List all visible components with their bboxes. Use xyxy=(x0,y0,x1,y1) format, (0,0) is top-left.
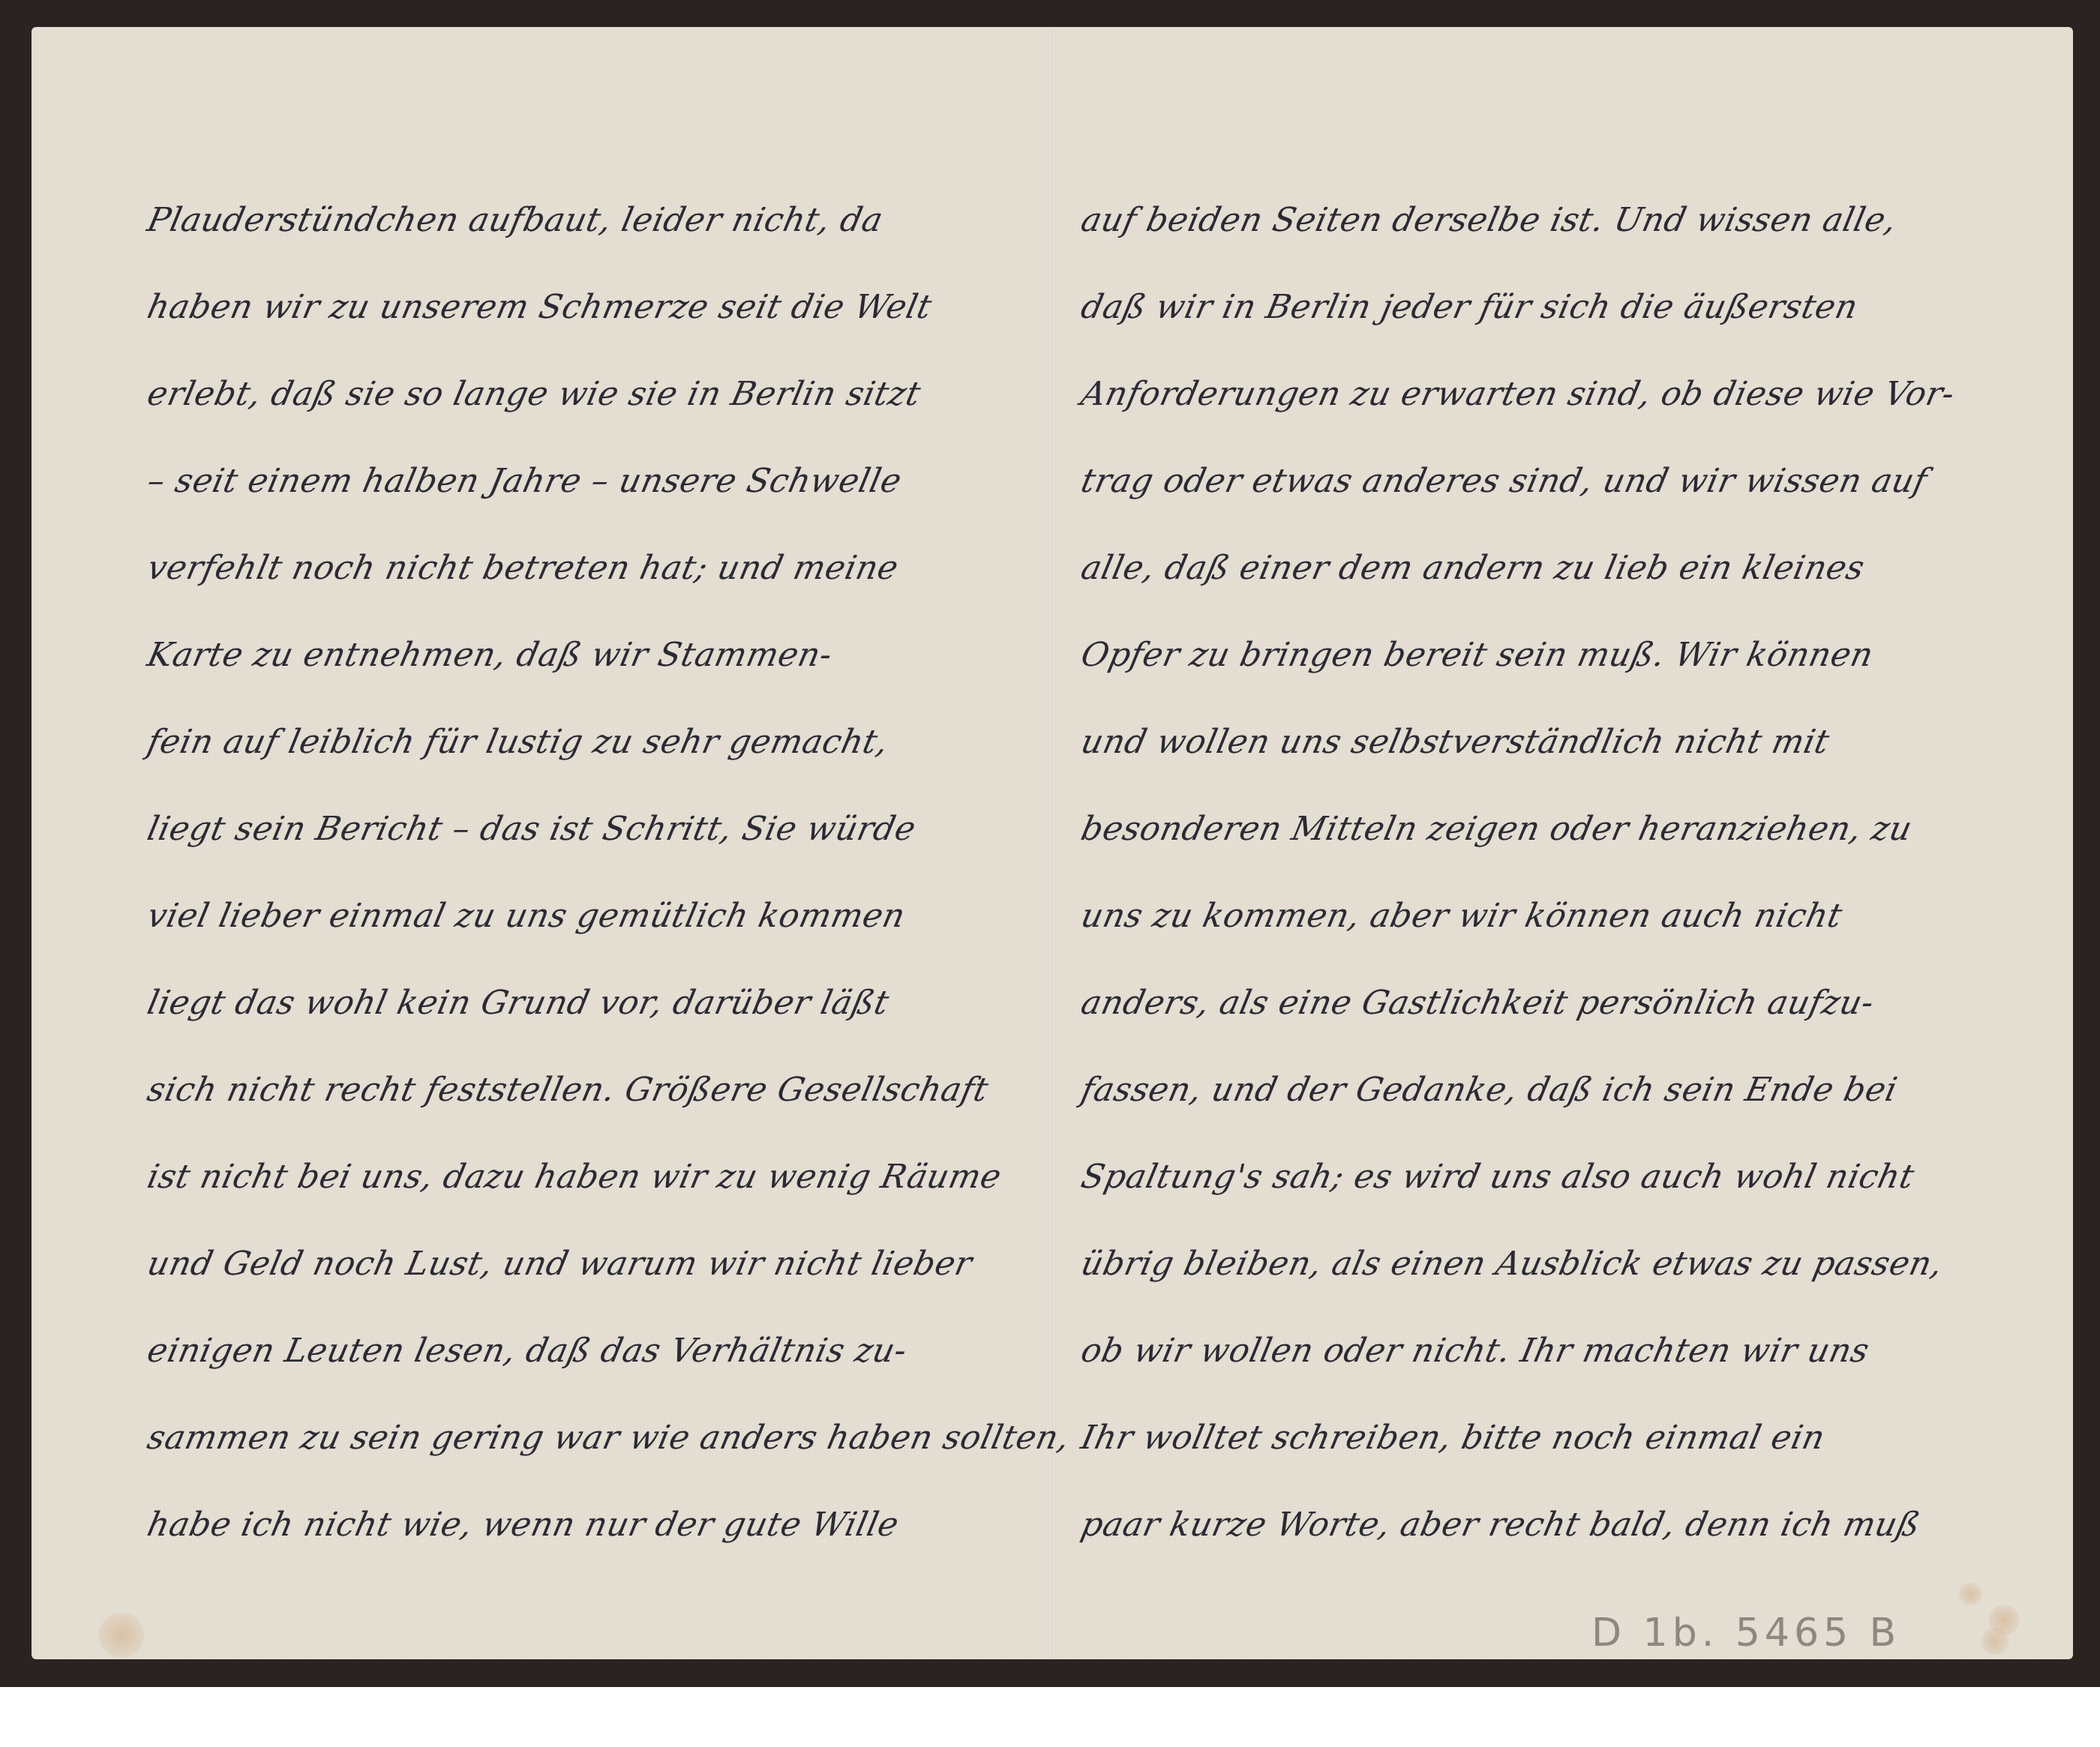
handwritten-line: besonderen Mitteln zeigen oder heranzieh… xyxy=(1078,810,1915,848)
handwritten-line: – seit einem halben Jahre – unsere Schwe… xyxy=(144,462,905,500)
foxing-stain xyxy=(99,1613,144,1658)
handwritten-line: daß wir in Berlin jeder für sich die äuß… xyxy=(1078,288,1861,326)
scan-background: Plauderstündchen aufbaut, leider nicht, … xyxy=(0,0,2100,1687)
foxing-stain xyxy=(1959,1583,1981,1605)
handwritten-line: anders, als eine Gastlichkeit persönlich… xyxy=(1078,984,1877,1022)
handwritten-line: Karte zu entnehmen, daß wir Stammen- xyxy=(144,636,835,674)
handwritten-line: paar kurze Worte, aber recht bald, denn … xyxy=(1078,1506,1924,1544)
handwritten-line: viel lieber einmal zu uns gemütlich komm… xyxy=(144,897,909,935)
handwritten-line: uns zu kommen, aber wir können auch nich… xyxy=(1078,897,1846,935)
handwritten-line: sammen zu sein gering war wie anders hab… xyxy=(144,1419,1073,1457)
handwritten-line: sich nicht recht feststellen. Größere Ge… xyxy=(144,1071,991,1109)
handwritten-line: verfehlt noch nicht betreten hat; und me… xyxy=(144,549,902,587)
handwritten-line: Ihr wolltet schreiben, bitte noch einmal… xyxy=(1078,1419,1828,1457)
handwritten-line: Opfer zu bringen bereit sein muß. Wir kö… xyxy=(1078,636,1876,674)
handwritten-line: übrig bleiben, als einen Ausblick etwas … xyxy=(1078,1245,1946,1283)
handwritten-line: fein auf leiblich für lustig zu sehr gem… xyxy=(144,723,892,761)
handwritten-line: auf beiden Seiten derselbe ist. Und wiss… xyxy=(1078,201,1900,239)
handwritten-line: trag oder etwas anderes sind, und wir wi… xyxy=(1078,462,1930,500)
center-fold xyxy=(1053,27,1056,1659)
handwritten-line: liegt sein Bericht – das ist Schritt, Si… xyxy=(144,810,919,848)
handwritten-line: Anforderungen zu erwarten sind, ob diese… xyxy=(1078,375,1958,413)
handwritten-line: und Geld noch Lust, und warum wir nicht … xyxy=(144,1245,976,1283)
handwritten-line: erlebt, daß sie so lange wie sie in Berl… xyxy=(144,375,924,413)
handwritten-line: und wollen uns selbstverständlich nicht … xyxy=(1078,723,1833,761)
archival-pencil-mark: D 1b. 5465 B xyxy=(1591,1611,1900,1656)
handwritten-line: alle, daß einer dem andern zu lieb ein k… xyxy=(1078,549,1868,587)
handwritten-line: einigen Leuten lesen, daß das Verhältnis… xyxy=(144,1332,910,1370)
handwritten-line: habe ich nicht wie, wenn nur der gute Wi… xyxy=(144,1506,902,1544)
handwritten-line: ist nicht bei uns, dazu haben wir zu wen… xyxy=(144,1158,1005,1196)
letter-sheet: Plauderstündchen aufbaut, leider nicht, … xyxy=(31,27,2073,1659)
handwritten-line: ob wir wollen oder nicht. Ihr machten wi… xyxy=(1078,1332,1873,1370)
handwritten-line: Plauderstündchen aufbaut, leider nicht, … xyxy=(144,201,886,239)
foxing-stain xyxy=(1981,1628,2008,1655)
handwritten-line: fassen, und der Gedanke, daß ich sein En… xyxy=(1078,1071,1900,1109)
handwritten-line: haben wir zu unserem Schmerze seit die W… xyxy=(144,288,935,326)
handwritten-line: liegt das wohl kein Grund vor, darüber l… xyxy=(144,984,892,1022)
handwritten-line: Spaltung's sah; es wird uns also auch wo… xyxy=(1078,1158,1918,1196)
